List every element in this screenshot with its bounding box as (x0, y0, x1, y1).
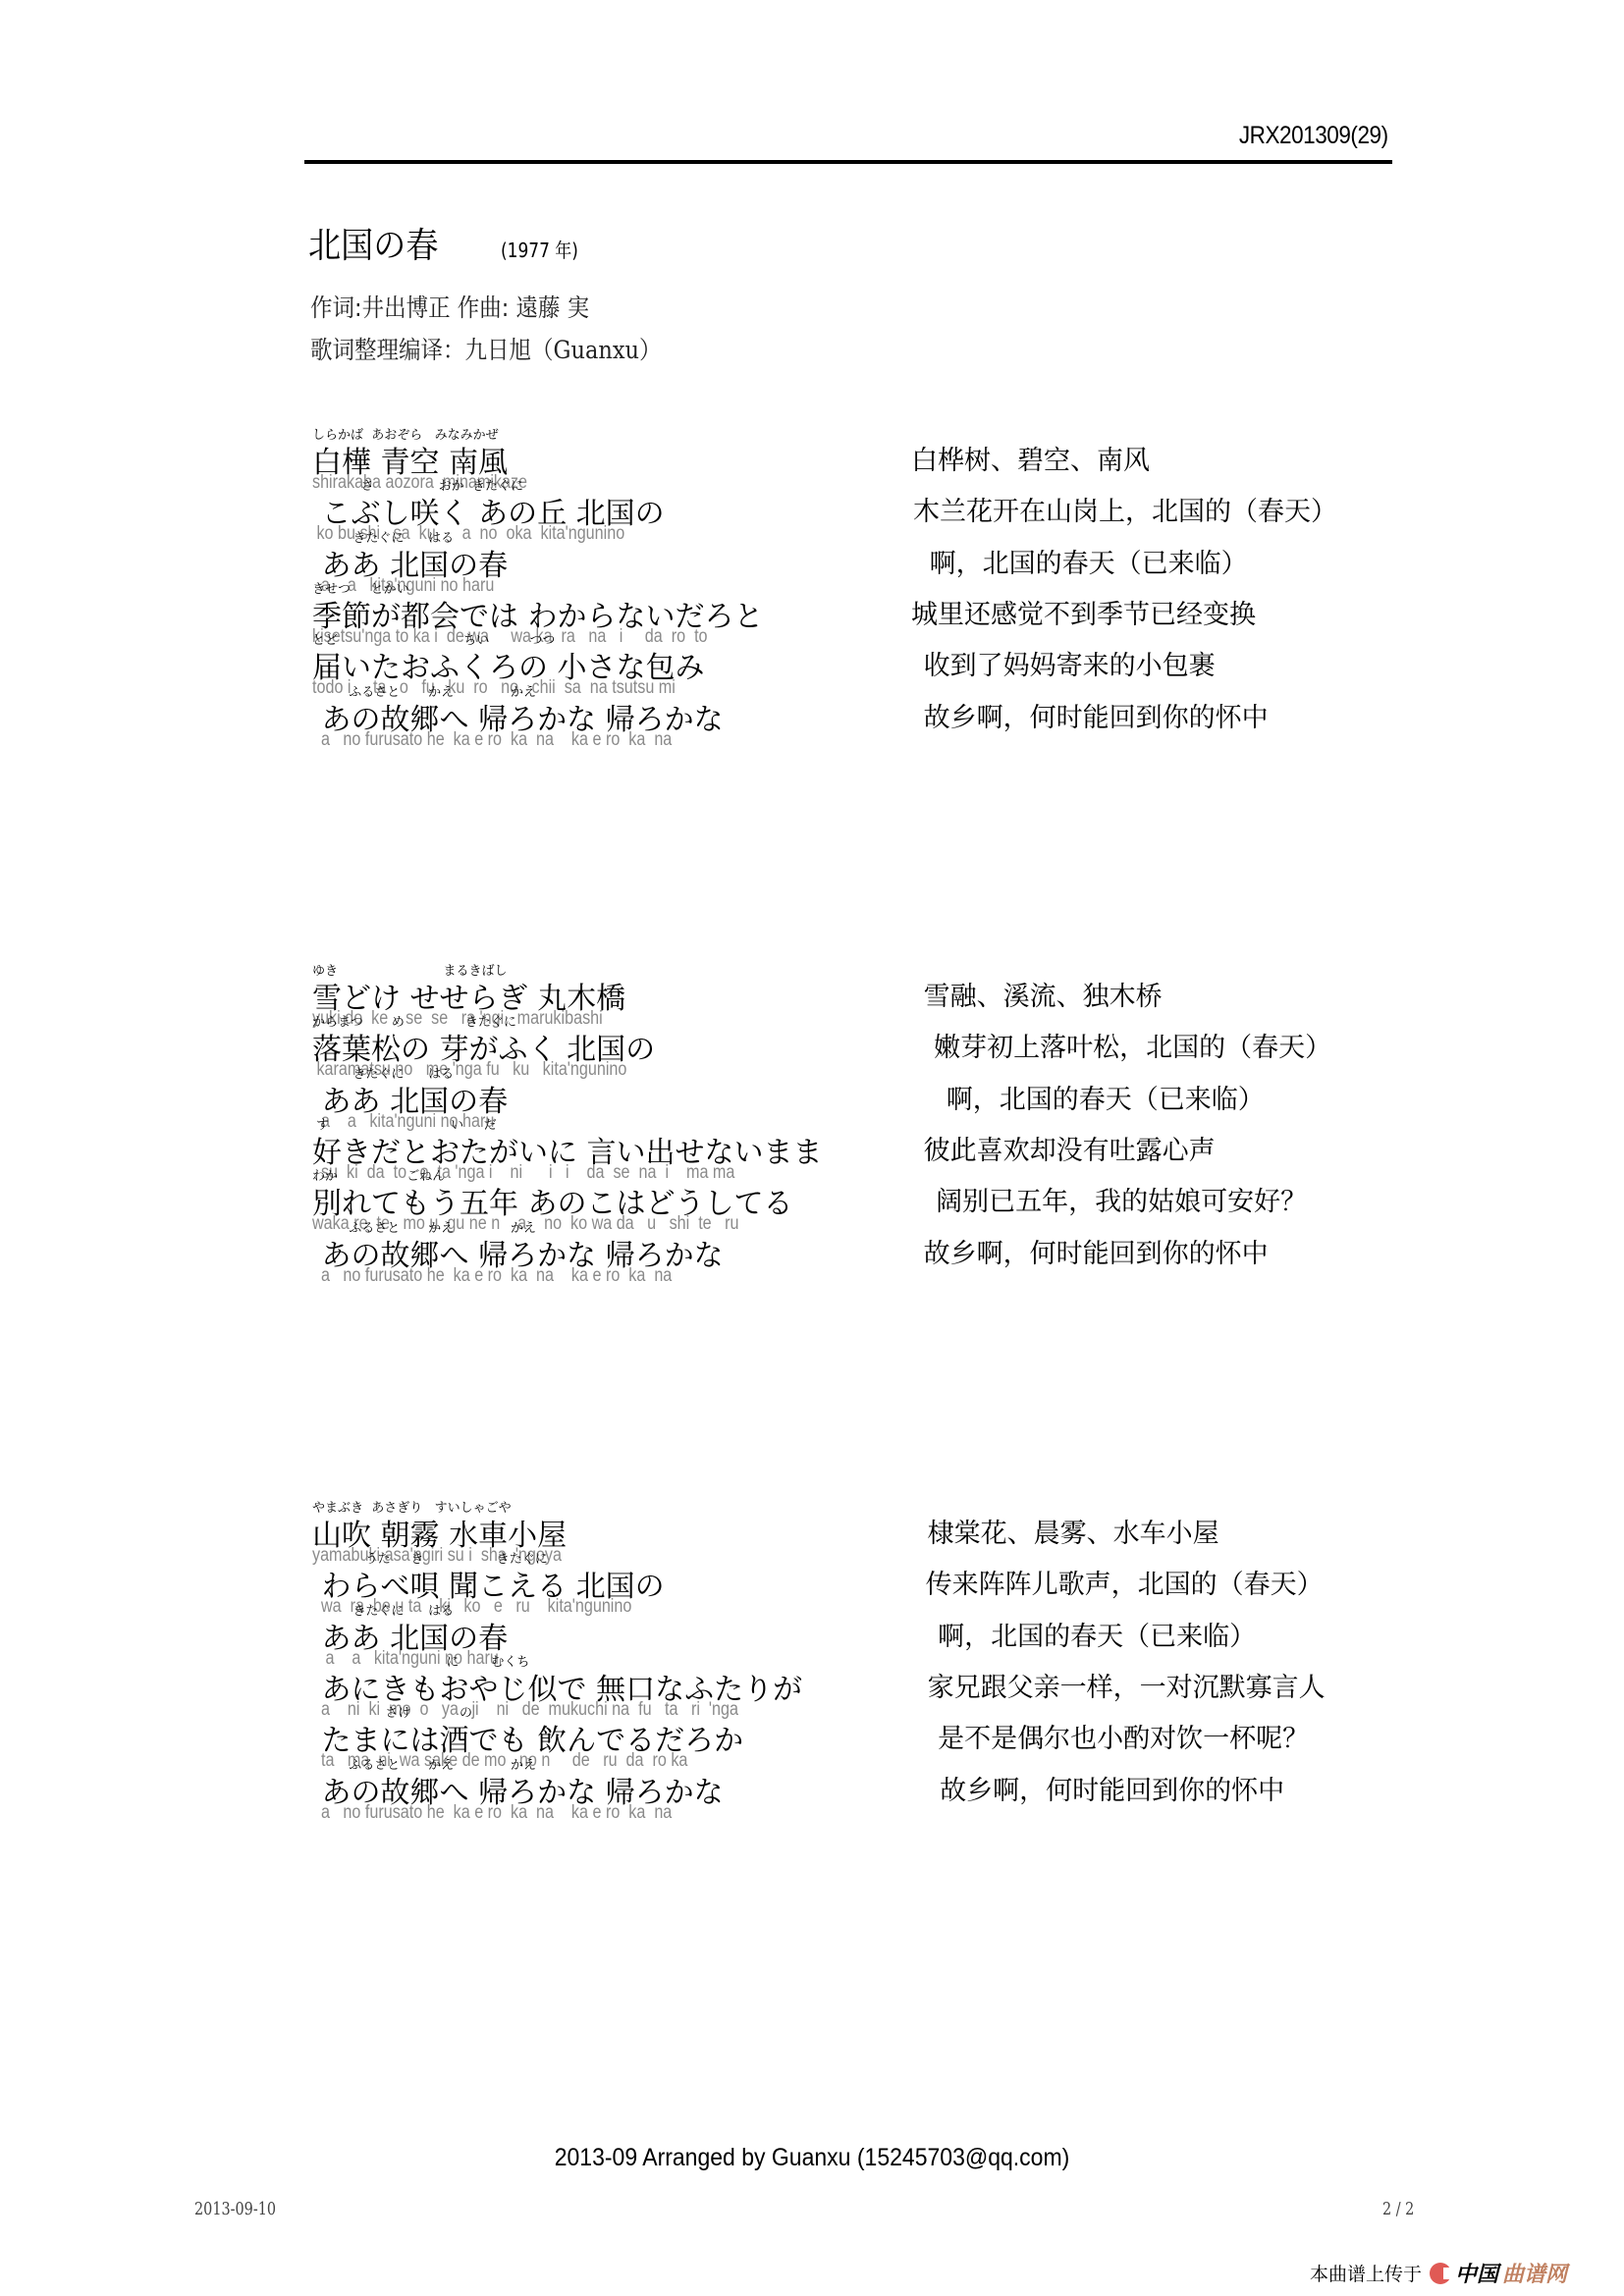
arranged-by: 2013-09 Arranged by Guanxu (15245703@qq.… (65, 2144, 1559, 2172)
upload-banner[interactable]: 本曲谱上传于 中国 曲谱网 (1310, 2258, 1567, 2288)
song-title: 北国の春 (308, 218, 438, 268)
lyric-line: しらかば あおぞら みなみかぜ白樺 青空 南風shirakaba aozora … (0, 424, 1624, 475)
lyric-line: ふるさと かえ かえ あの故郷へ 帰ろかな 帰ろかな a no furusato… (0, 1754, 1624, 1805)
chinese-translation: 是不是偶尔也小酌对饮一杯呢？ (921, 1717, 1309, 1755)
chinese-translation: 故乡啊，何时能回到你的怀中 (915, 1232, 1269, 1270)
logo-site: 曲谱网 (1502, 2258, 1567, 2288)
lyric-line: ふるさと かえ かえ あの故郷へ 帰ろかな 帰ろかな a no furusato… (0, 681, 1624, 732)
lyric-line: とど ちい つつ届いたおふくろの 小さな包みtodo i ta o fu ku … (0, 629, 1624, 680)
chinese-translation: 家兄跟父亲一样，一对沉默寡言人 (919, 1666, 1326, 1704)
footer-date: 2013-09-10 (194, 2199, 276, 2219)
lyric-line: やまぶき あさぎり すいしゃごや山吹 朝霧 水車小屋yamabuki asa'n… (0, 1497, 1624, 1548)
title-row: 北国の春 (1977 年) (308, 218, 592, 268)
chinese-translation: 白桦树、碧空、南风 (911, 439, 1150, 477)
lyric-line: ゆき まるきばし雪どけ せせらぎ 丸木橋yuki do ke se se ra … (0, 960, 1624, 1011)
lyric-line: さ おか きたぐに こぶし咲く あの丘 北国の ko bu shi sa ku … (0, 475, 1624, 526)
chinese-translation: 彼此喜欢却没有吐露心声 (915, 1129, 1216, 1167)
chinese-translation: 故乡啊，何时能回到你的怀中 (923, 1769, 1284, 1807)
lyric-line: からまつ め きたぐに落葉松の 芽がふく 北国の karamatsu no me… (0, 1011, 1624, 1062)
chinese-translation: 故乡啊，何时能回到你的怀中 (915, 696, 1269, 734)
logo-mark-icon (1430, 2263, 1451, 2284)
chinese-translation: 阔别已五年，我的姑娘可安好？ (919, 1180, 1307, 1218)
lyric-line: きたぐに はる ああ 北国の春 a a kita'nguni no haru 啊… (0, 527, 1624, 578)
site-logo[interactable]: 中国 曲谱网 (1430, 2258, 1567, 2288)
lyric-line: うた き きたぐに わらべ唄 聞こえる 北国の wa ra be u ta ki… (0, 1548, 1624, 1599)
romaji-text: a no furusato he ka e ro ka na ka e ro k… (312, 1265, 672, 1287)
chinese-translation: 啊，北国的春天（已来临） (921, 1078, 1265, 1116)
chinese-translation: 木兰花开在山岗上，北国的（春天） (913, 490, 1337, 528)
credits-line: 作词:井出博正 作曲: 遠藤 実 (310, 289, 589, 324)
chinese-translation: 雪融、溪流、独木桥 (915, 975, 1163, 1013)
chinese-translation: 嫩芽初上落叶松，北国的（春天） (917, 1026, 1331, 1064)
romaji-text: a no furusato he ka e ro ka na ka e ro k… (312, 1802, 672, 1824)
chinese-translation: 啊，北国的春天（已来临） (921, 542, 1248, 580)
page-number: 2 / 2 (1382, 2199, 1414, 2219)
lyric-line: す い だ好きだとおたがいに 言い出せないまま su ki da to o ta… (0, 1114, 1624, 1165)
chinese-translation: 收到了妈妈寄来的小包裹 (915, 644, 1216, 682)
chinese-translation: 城里还感觉不到季节已经变换 (911, 593, 1256, 631)
lyric-line: に むくち あにきもおやじ似で 無口なふたりが a ni ki mo o ya … (0, 1651, 1624, 1702)
lyric-line: わか ごねん別れてもう五年 あのこはどうしてるwaka re te mo u g… (0, 1165, 1624, 1216)
chinese-translation: 传来阵阵儿歌声，北国的（春天） (917, 1563, 1324, 1601)
logo-cn: 中国 (1455, 2258, 1498, 2288)
lyric-line: きたぐに はる ああ 北国の春 a a kita'nguni no haru 啊… (0, 1063, 1624, 1114)
document-code: JRX201309(29) (1239, 122, 1388, 150)
romaji-text: a no furusato he ka e ro ka na ka e ro k… (312, 729, 672, 751)
song-year: (1977 年) (501, 235, 578, 263)
lyric-line: きせつ とかい季節が都会では わからないだろとkisetsu'nga to ka… (0, 578, 1624, 629)
lyric-line: きたぐに はる ああ 北国の春 a a kita'nguni no haru 啊… (0, 1600, 1624, 1651)
translator-line: 歌词整理编译：九日旭（Guanxu） (310, 331, 662, 366)
upload-text: 本曲谱上传于 (1310, 2260, 1422, 2286)
chinese-translation: 啊，北国的春天（已来临） (921, 1615, 1256, 1653)
lyric-line: さけ の たまには酒でも 飲んでるだろか ta ma ni wa sake de… (0, 1702, 1624, 1753)
lyric-line: ふるさと かえ かえ あの故郷へ 帰ろかな 帰ろかな a no furusato… (0, 1217, 1624, 1268)
header-rule (304, 160, 1392, 164)
chinese-translation: 棣棠花、晨雾、水车小屋 (919, 1512, 1219, 1550)
